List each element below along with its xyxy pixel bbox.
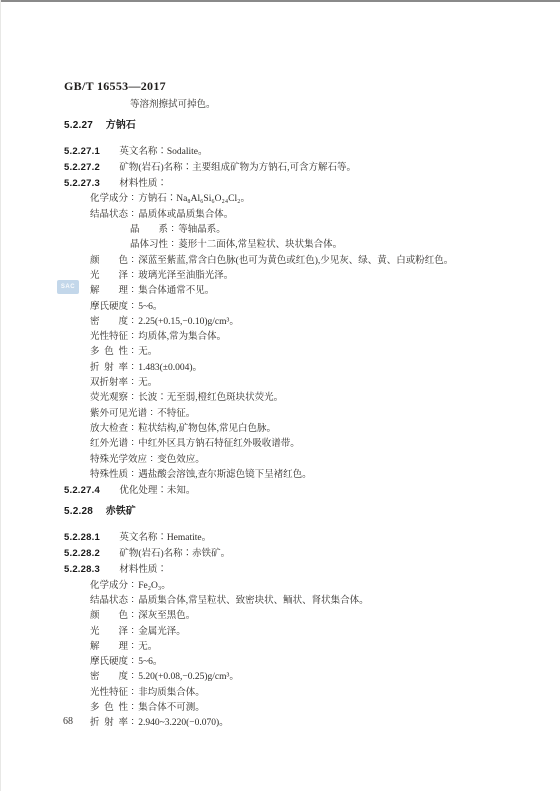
- property-label: 解理: [90, 284, 128, 299]
- property-label: 荧光观察: [90, 391, 128, 406]
- property-colon: ∶: [131, 194, 133, 204]
- property-line: 折射率 ∶ 1.483(±0.004)。: [0, 361, 560, 376]
- section-title: 方钠石: [106, 120, 136, 131]
- clause-line: 5.2.27.2 矿物(岩石)名称∶主要组成矿物为方钠石,可含方解石等。: [0, 160, 560, 176]
- property-value: 等轴晶系。: [178, 225, 226, 235]
- property-label: 化学成分: [90, 192, 128, 207]
- property-label: 多色性: [90, 701, 128, 716]
- property-line: 特殊光学效应 ∶ 变色效应。: [0, 453, 560, 468]
- property-line: 红外光谱 ∶ 中红外区具方钠石特征红外吸收谱带。: [0, 437, 560, 452]
- property-value: 集合体不可测。: [138, 703, 205, 713]
- property-label: 解理: [90, 640, 128, 655]
- clause-line: 5.2.28.3 材料性质∶: [0, 562, 560, 578]
- property-line: 双折射率 ∶ 无。: [0, 376, 560, 391]
- property-label: 特殊光学效应: [90, 453, 147, 468]
- property-value: 1.483(±0.004)。: [138, 363, 202, 373]
- property-value: Fe₂O₃。: [138, 581, 171, 591]
- property-line: 光性特征 ∶ 非均质集合体。: [0, 686, 560, 701]
- property-line: 摩氏硬度 ∶ 5~6。: [0, 300, 560, 315]
- property-value: 玻璃光泽至油脂光泽。: [138, 271, 233, 281]
- property-colon: ∶: [131, 332, 133, 342]
- section-number: 5.2.28: [64, 506, 93, 517]
- clause-text: 英文名称∶Sodalite。: [119, 147, 207, 157]
- clause-line: 5.2.27.4 优化处理∶未知。: [0, 483, 560, 499]
- property-line: 光泽 ∶ 金属光泽。: [0, 625, 560, 640]
- property-value: 深灰至黑色。: [138, 611, 195, 621]
- clause-text: 材料性质∶: [119, 179, 167, 189]
- property-label: 光泽: [90, 269, 128, 284]
- property-colon: ∶: [131, 627, 133, 637]
- property-value: 无。: [138, 378, 157, 388]
- property-line: 特殊性质 ∶ 遇盐酸会溶蚀,查尔斯滤色镜下呈褚红色。: [0, 468, 560, 483]
- clause-line: 5.2.28.1 英文名称∶Hematite。: [0, 530, 560, 546]
- property-line: 折射率 ∶ 2.940~3.220(−0.070)。: [0, 716, 560, 731]
- property-colon: ∶: [131, 286, 133, 296]
- property-line: 颜色 ∶ 深灰至黑色。: [0, 609, 560, 624]
- property-line: 光性特征 ∶ 均质体,常为集合体。: [0, 330, 560, 345]
- clause-number: 5.2.28.1: [64, 532, 100, 543]
- clause-number: 5.2.27.2: [64, 162, 100, 173]
- property-colon: ∶: [150, 455, 152, 465]
- property-line: 化学成分 ∶ Fe₂O₃。: [0, 579, 560, 594]
- property-line: 解理 ∶ 无。: [0, 640, 560, 655]
- property-label: 密度: [90, 315, 128, 330]
- property-line: 结晶状态 ∶ 晶质集合体,常呈粒状、致密块状、鲕状、肾状集合体。: [0, 594, 560, 609]
- property-value: 均质体,常为集合体。: [138, 332, 226, 342]
- property-value: 2.25(+0.15,−0.10)g/cm³。: [138, 317, 239, 327]
- clause-line: 5.2.27.3 材料性质∶: [0, 176, 560, 192]
- document-page: GB/T 16553—2017 SAC 等溶剂擦拭可掉色。 5.2.27 方钠石…: [0, 0, 560, 791]
- property-line: 晶系 ∶ 等轴晶系。: [0, 223, 560, 238]
- property-label: 结晶状态: [90, 594, 128, 609]
- property-label: 化学成分: [90, 579, 128, 594]
- clause-text: 矿物(岩石)名称∶主要组成矿物为方钠石,可含方解石等。: [119, 163, 356, 173]
- property-colon: ∶: [131, 657, 133, 667]
- section-heading: 5.2.28 赤铁矿: [0, 504, 560, 519]
- property-line: 放大检查 ∶ 粒状结构,矿物包体,常见白色脉。: [0, 422, 560, 437]
- property-colon: ∶: [131, 718, 133, 728]
- property-label: 红外光谱: [90, 437, 128, 452]
- property-line: 化学成分 ∶ 方钠石∶Na₈Al₆Si₆O₂₄Cl₂。: [0, 192, 560, 207]
- property-value: 无。: [138, 347, 157, 357]
- property-label: 折射率: [90, 716, 128, 731]
- clause-line: 5.2.28.2 矿物(岩石)名称∶赤铁矿。: [0, 546, 560, 562]
- property-value: 变色效应。: [157, 455, 205, 465]
- property-label: 摩氏硬度: [90, 655, 128, 670]
- property-value: 深蓝至紫蓝,常含白色脉(也可为黄色或红色),少见灰、绿、黄、白或粉红色。: [138, 256, 453, 266]
- property-line: 荧光观察 ∶ 长波∶无至弱,橙红色斑块状荧光。: [0, 391, 560, 406]
- property-value: 2.940~3.220(−0.070)。: [138, 718, 228, 728]
- property-label: 晶体习性: [130, 238, 168, 253]
- section-number: 5.2.27: [64, 120, 93, 131]
- document-body: 等溶剂擦拭可掉色。 5.2.27 方钠石 5.2.27.1 英文名称∶Sodal…: [0, 98, 560, 732]
- property-colon: ∶: [131, 439, 133, 449]
- property-value: 5~6。: [138, 657, 162, 667]
- property-line: 解理 ∶ 集合体通常不见。: [0, 284, 560, 299]
- property-colon: ∶: [171, 225, 173, 235]
- property-line: 密度 ∶ 5.20(+0.08,−0.25)g/cm³。: [0, 670, 560, 685]
- property-label: 特殊性质: [90, 468, 128, 483]
- clause-number: 5.2.28.3: [64, 564, 100, 575]
- property-colon: ∶: [131, 672, 133, 682]
- property-value: 不特征。: [157, 409, 195, 419]
- property-value: 金属光泽。: [138, 627, 186, 637]
- property-colon: ∶: [171, 240, 173, 250]
- property-colon: ∶: [131, 393, 133, 403]
- property-colon: ∶: [131, 210, 133, 220]
- clause-number: 5.2.27.3: [64, 178, 100, 189]
- property-label: 晶系: [130, 223, 168, 238]
- property-value: 非均质集合体。: [138, 688, 205, 698]
- property-label: 放大检查: [90, 422, 128, 437]
- property-line: 颜色 ∶ 深蓝至紫蓝,常含白色脉(也可为黄色或红色),少见灰、绿、黄、白或粉红色…: [0, 254, 560, 269]
- property-colon: ∶: [131, 703, 133, 713]
- section-heading: 5.2.27 方钠石: [0, 118, 560, 133]
- property-value: 菱形十二面体,常呈粒状、块状集合体。: [178, 240, 342, 250]
- standard-number-header: GB/T 16553—2017: [64, 79, 166, 94]
- property-line: 摩氏硬度 ∶ 5~6。: [0, 655, 560, 670]
- property-colon: ∶: [131, 470, 133, 480]
- property-label: 光性特征: [90, 330, 128, 345]
- section-title: 赤铁矿: [106, 506, 136, 517]
- property-label: 光性特征: [90, 686, 128, 701]
- property-value: 长波∶无至弱,橙红色斑块状荧光。: [138, 393, 283, 403]
- clause-number: 5.2.28.2: [64, 548, 100, 559]
- property-colon: ∶: [131, 688, 133, 698]
- property-value: 5.20(+0.08,−0.25)g/cm³。: [138, 672, 239, 682]
- property-label: 折射率: [90, 361, 128, 376]
- property-colon: ∶: [131, 424, 133, 434]
- property-line: 晶体习性 ∶ 菱形十二面体,常呈粒状、块状集合体。: [0, 238, 560, 253]
- property-colon: ∶: [131, 611, 133, 621]
- property-value: 5~6。: [138, 302, 162, 312]
- property-colon: ∶: [131, 302, 133, 312]
- property-value: 中红外区具方钠石特征红外吸收谱带。: [138, 439, 300, 449]
- property-colon: ∶: [131, 363, 133, 373]
- paragraph-text: 等溶剂擦拭可掉色。: [130, 100, 216, 110]
- property-label: 颜色: [90, 609, 128, 624]
- property-colon: ∶: [131, 378, 133, 388]
- property-value: 方钠石∶Na₈Al₆Si₆O₂₄Cl₂。: [138, 194, 250, 204]
- property-label: 多色性: [90, 345, 128, 360]
- property-colon: ∶: [131, 581, 133, 591]
- clause-line: 5.2.27.1 英文名称∶Sodalite。: [0, 144, 560, 160]
- property-value: 无。: [138, 642, 157, 652]
- property-colon: ∶: [131, 256, 133, 266]
- property-colon: ∶: [131, 596, 133, 606]
- property-value: 集合体通常不见。: [138, 286, 214, 296]
- property-value: 晶质集合体,常呈粒状、致密块状、鲕状、肾状集合体。: [138, 596, 368, 606]
- clause-text: 矿物(岩石)名称∶赤铁矿。: [119, 549, 230, 559]
- property-label: 双折射率: [90, 376, 128, 391]
- clause-text: 英文名称∶Hematite。: [119, 533, 211, 543]
- clause-number: 5.2.27.1: [64, 146, 100, 157]
- property-line: 光泽 ∶ 玻璃光泽至油脂光泽。: [0, 269, 560, 284]
- property-value: 粒状结构,矿物包体,常见白色脉。: [138, 424, 276, 434]
- property-label: 摩氏硬度: [90, 300, 128, 315]
- clause-number: 5.2.27.4: [64, 485, 100, 496]
- property-label: 结晶状态: [90, 208, 128, 223]
- paragraph-continuation-line: 等溶剂擦拭可掉色。: [0, 98, 560, 113]
- property-colon: ∶: [131, 347, 133, 357]
- property-label: 颜色: [90, 254, 128, 269]
- property-line: 多色性 ∶ 集合体不可测。: [0, 701, 560, 716]
- clause-text: 材料性质∶: [119, 565, 167, 575]
- scan-edge-top: [0, 0, 560, 2]
- property-line: 密度 ∶ 2.25(+0.15,−0.10)g/cm³。: [0, 315, 560, 330]
- property-colon: ∶: [131, 642, 133, 652]
- property-value: 晶质体或晶质集合体。: [138, 210, 233, 220]
- property-colon: ∶: [131, 271, 133, 281]
- property-colon: ∶: [150, 409, 152, 419]
- clause-text: 优化处理∶未知。: [119, 486, 195, 496]
- property-line: 结晶状态 ∶ 晶质体或晶质集合体。: [0, 208, 560, 223]
- property-label: 密度: [90, 670, 128, 685]
- property-value: 遇盐酸会溶蚀,查尔斯滤色镜下呈褚红色。: [138, 470, 311, 480]
- property-line: 多色性 ∶ 无。: [0, 345, 560, 360]
- property-colon: ∶: [131, 317, 133, 327]
- property-label: 紫外可见光谱: [90, 407, 147, 422]
- property-label: 光泽: [90, 625, 128, 640]
- property-line: 紫外可见光谱 ∶ 不特征。: [0, 407, 560, 422]
- page-number: 68: [63, 716, 73, 727]
